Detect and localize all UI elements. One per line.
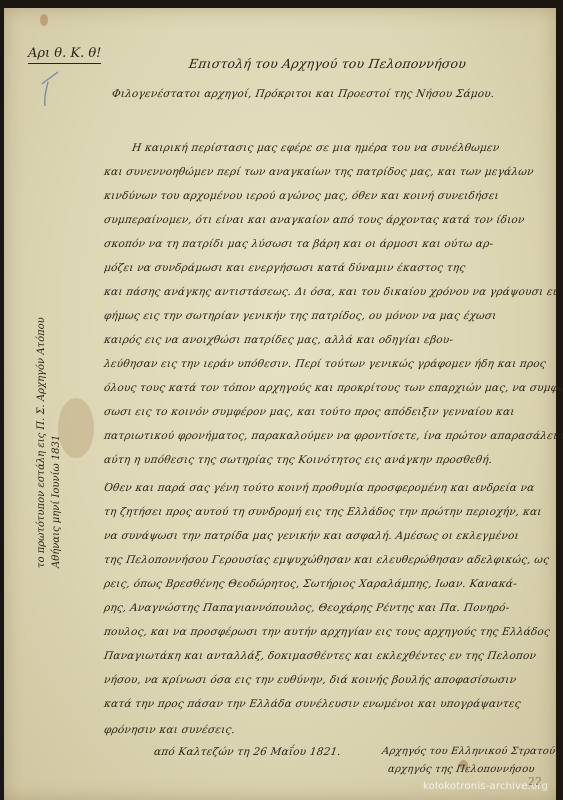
body-line: κατά την προς πάσαν την Ελλάδα συνέλευσι…: [103, 698, 521, 710]
body-line: φήμως εις την σωτηρίαν γενικήν της πατρί…: [103, 310, 497, 322]
body-line: Όθεν και παρά σας γένη τούτο κοινή προθυ…: [103, 482, 535, 494]
heading-line-1: Επιστολή του Αρχηγού του Πελοποννήσου: [188, 56, 467, 71]
body-line: κινδύνων του αρχομένου ιερού αγώνος μας,…: [103, 190, 500, 202]
body-line: σωσι εις το κοινόν συμφέρον μας, και τού…: [103, 406, 515, 418]
body-line: πατριωτικού φρονήματος, παρακαλούμεν να …: [103, 430, 563, 442]
body-line: Παναγιωτάκη και ανταλλάξ, δοκιμασθέντες …: [103, 650, 537, 662]
signature-line-1: Αρχηγός του Ελληνικού Στρατού: [381, 746, 556, 757]
body-line: Η καιρική περίστασις μας εφέρε σε μια ημ…: [131, 142, 500, 154]
body-line: πουλος, και να προσφέρωσι την αυτήν αρχη…: [103, 626, 551, 638]
body-line: ρης, Αναγνώστης Παπαγιαννόπουλος, Θεοχάρ…: [103, 602, 510, 614]
body-line: σκοπόν να τη πατρίδι μας λύσωσι τα βάρη …: [103, 238, 494, 250]
document-page: Αρι θ. Κ. θ! Επιστολή του Αρχηγού του Πε…: [4, 8, 556, 800]
body-line: ρεις, όπως Βρεσθένης Θεοδώρητος, Σωτήριο…: [103, 578, 518, 590]
body-line: συμπεραίνομεν, ότι είναι και αναγκαίον α…: [103, 214, 525, 226]
signature-line-2: αρχηγός της Πελοποννήσου: [387, 764, 535, 775]
body-line: καιρός εις να ανοιχθώσι πατρίδες μας, αλ…: [103, 334, 454, 346]
margin-note-line-1: το πρωτότυπον εστάλη εις Π. Σ. Αρχηγόν Α…: [34, 317, 49, 568]
watermark: kolokotronis-archive.org: [423, 781, 548, 792]
body-line: να συνάψωσι την πατρίδα μας γενικήν και …: [103, 530, 520, 542]
body-line: και πάσης ανάγκης αντιστάσεως. Δι όσα, κ…: [103, 286, 560, 298]
margin-note: το πρωτότυπον εστάλη εις Π. Σ. Αρχηγόν Α…: [34, 317, 64, 568]
body-line: αύτη η υπόθεσις της σωτηρίας της Κοινότη…: [103, 454, 493, 466]
heading-line-2: Φιλογενέστατοι αρχηγοί, Πρόκριτοι και Πρ…: [111, 88, 495, 100]
stain-mark: [40, 14, 48, 26]
body-line: νήσου, να κρίνωσι όσα εις την ευθύνην, δ…: [103, 674, 517, 686]
reference-mark: Αρι θ. Κ. θ!: [28, 46, 101, 64]
body-line: μόζει να συνδράμωσι και ενεργήσωσι κατά …: [103, 262, 466, 274]
date-line: από Καλτεζών τη 26 Μαΐου 1821.: [153, 746, 342, 758]
body-line: και συνεννοηθώμεν περί των αναγκαίων της…: [103, 166, 534, 178]
body-line: της Πελοποννήσου Γερουσίας εμψυχώθησαν κ…: [103, 554, 550, 566]
body-line: φρόνησιν και συνέσεις.: [103, 724, 236, 736]
body-line: λεύθησαν εις την ιεράν υπόθεσιν. Περί το…: [103, 358, 547, 370]
body-line: τη ζητήσει προς αυτού τη συνδρομή εις τη…: [103, 506, 542, 518]
blue-pencil-mark-icon: [40, 68, 60, 108]
body-line: όλους τους κατά τον τόπον αρχηγούς και π…: [103, 382, 563, 394]
margin-note-line-2: Αθήναις μηνί Ιουνίω 1831: [49, 317, 64, 568]
